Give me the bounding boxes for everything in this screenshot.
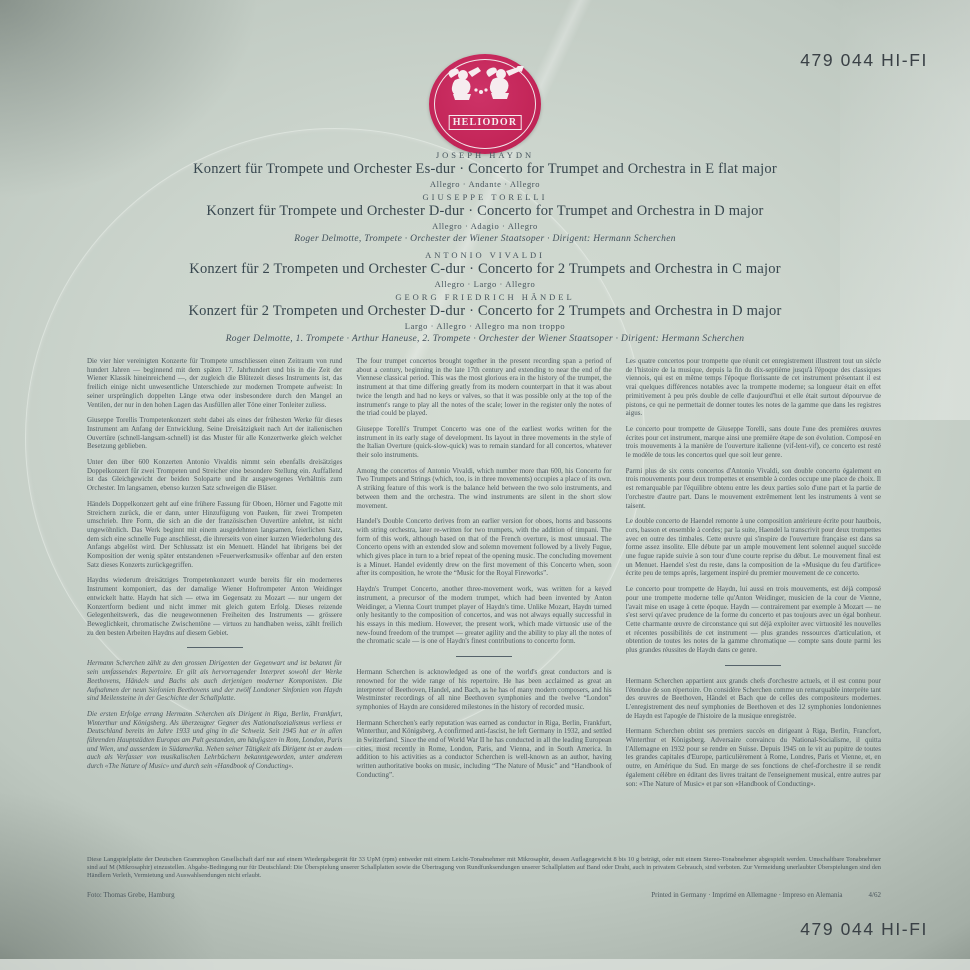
paragraph: Giuseppe Torelli's Trumpet Concerto was …	[356, 425, 611, 460]
performers-credit-1: Roger Delmotte, Trompete · Orchester der…	[0, 234, 970, 244]
paragraph: Giuseppe Torellis Trompetenkonzert steht…	[87, 416, 342, 451]
work-haendel: GEORG FRIEDRICH HÄNDEL Konzert für 2 Tro…	[0, 292, 970, 331]
footer-credits: Foto: Thomas Grebe, Hamburg Printed in G…	[87, 891, 881, 899]
work-title: Konzert für 2 Trompeten und Orchester D-…	[0, 303, 970, 320]
cherubs-icon	[441, 66, 529, 110]
section-divider	[187, 647, 243, 648]
paragraph: Hermann Scherchen appartient aux grands …	[626, 677, 881, 721]
section-divider	[725, 665, 781, 666]
paragraph: Among the concertos of Antonio Vivaldi, …	[356, 467, 611, 511]
paragraph: The four trumpet concertos brought toget…	[356, 357, 611, 418]
paragraph: Le concerto pour trompette de Haydn, lui…	[626, 585, 881, 655]
paragraph: Hermann Scherchen is acknowledged as one…	[356, 668, 611, 712]
paragraph: Haydns wiederum dreisätziges Trompetenko…	[87, 576, 342, 637]
composer-name: GIUSEPPE TORELLI	[0, 192, 970, 202]
composer-name: JOSEPH HAYDN	[0, 150, 970, 160]
composer-name: GEORG FRIEDRICH HÄNDEL	[0, 292, 970, 302]
work-movements: Allegro · Adagio · Allegro	[0, 221, 970, 231]
composer-name: ANTONIO VIVALDI	[0, 250, 970, 260]
paragraph: Haydn's Trumpet Concerto, another three-…	[356, 585, 611, 646]
work-movements: Largo · Allegro · Allegro ma non troppo	[0, 321, 970, 331]
liner-notes-english: The four trumpet concertos brought toget…	[356, 357, 611, 844]
work-movements: Allegro · Largo · Allegro	[0, 279, 970, 289]
paragraph: Handel's Double Concerto derives from an…	[356, 517, 611, 578]
photo-credit: Foto: Thomas Grebe, Hamburg	[87, 891, 175, 899]
photo-edge-strip	[0, 959, 970, 970]
work-haydn: JOSEPH HAYDN Konzert für Trompete und Or…	[0, 150, 970, 189]
paragraph: Le concerto pour trompette de Giuseppe T…	[626, 425, 881, 460]
paragraph: Le double concerto de Haendel remonte à …	[626, 517, 881, 578]
album-back-cover: 479 044 HI-FI	[0, 0, 970, 970]
paragraph: Hermann Scherchen zählt zu den grossen D…	[87, 659, 342, 703]
work-movements: Allegro · Andante · Allegro	[0, 179, 970, 189]
paragraph: Parmi plus de six cents concertos d'Anto…	[626, 467, 881, 511]
liner-notes-french: Les quatre concertos pour trompette que …	[626, 357, 881, 844]
paragraph: Hermann Scherchen's early reputation was…	[356, 719, 611, 780]
liner-notes-german: Die vier hier vereinigten Konzerte für T…	[87, 357, 342, 844]
print-code: 4/62	[869, 891, 881, 899]
conductor-bio-english: Hermann Scherchen is acknowledged as one…	[356, 668, 611, 779]
liner-notes: Die vier hier vereinigten Konzerte für T…	[87, 357, 881, 844]
performers-credit-2: Roger Delmotte, 1. Trompete · Arthur Han…	[0, 334, 970, 344]
heliodor-logo: HELIODOR	[429, 54, 541, 154]
conductor-bio-german: Hermann Scherchen zählt zu den grossen D…	[87, 659, 342, 770]
section-divider	[456, 656, 512, 657]
catalog-number-top: 479 044 HI-FI	[800, 50, 928, 71]
printing-info: Printed in Germany · Imprimé en Allemagn…	[651, 891, 881, 899]
work-vivaldi: ANTONIO VIVALDI Konzert für 2 Trompeten …	[0, 250, 970, 289]
conductor-bio-french: Hermann Scherchen appartient aux grands …	[626, 677, 881, 788]
paragraph: Die vier hier vereinigten Konzerte für T…	[87, 357, 342, 409]
work-title: Konzert für 2 Trompeten und Orchester C-…	[0, 261, 970, 278]
tracklist: JOSEPH HAYDN Konzert für Trompete und Or…	[0, 150, 970, 350]
work-title: Konzert für Trompete und Orchester Es-du…	[0, 161, 970, 178]
catalog-number-bottom: 479 044 HI-FI	[800, 919, 928, 940]
paragraph: Hermann Scherchen obtint ses premiers su…	[626, 727, 881, 788]
paragraph: Die ersten Erfolge errang Hermann Scherc…	[87, 710, 342, 771]
work-torelli: GIUSEPPE TORELLI Konzert für Trompete un…	[0, 192, 970, 231]
heliodor-wordmark: HELIODOR	[449, 115, 522, 130]
playback-fine-print: Diese Langspielplatte der Deutschen Gram…	[87, 856, 881, 881]
paragraph: Händels Doppelkonzert geht auf eine früh…	[87, 500, 342, 570]
paragraph: Unter den über 600 Konzerten Antonio Viv…	[87, 458, 342, 493]
paragraph: Les quatre concertos pour trompette que …	[626, 357, 881, 418]
work-title: Konzert für Trompete und Orchester D-dur…	[0, 203, 970, 220]
printed-in-line: Printed in Germany · Imprimé en Allemagn…	[651, 891, 842, 899]
